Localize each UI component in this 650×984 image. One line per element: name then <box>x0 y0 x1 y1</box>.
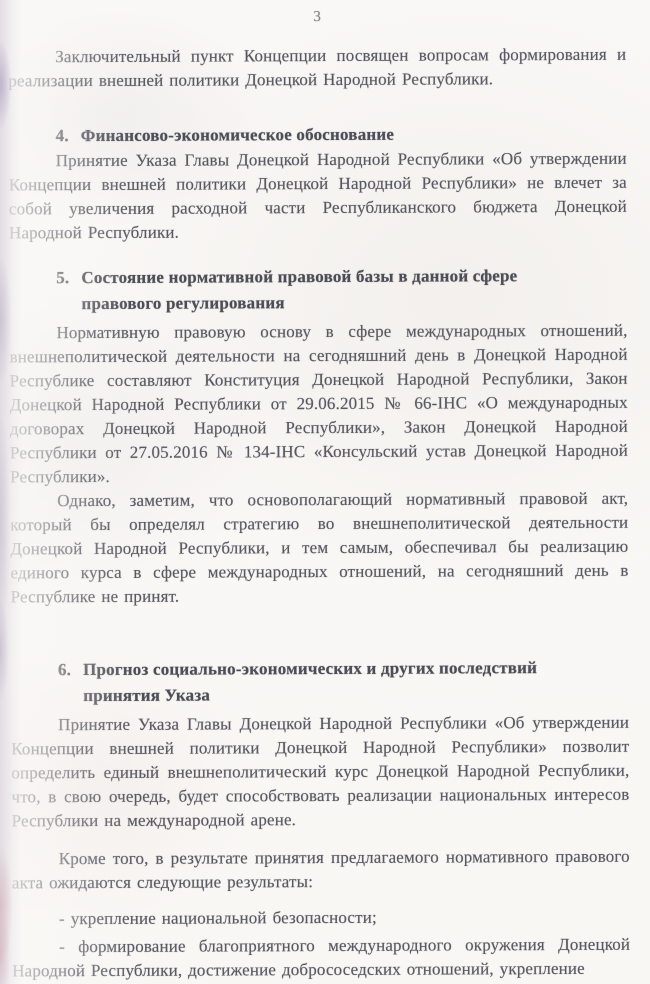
section-5-paragraph-1: Нормативную правовую основу в сфере межд… <box>9 319 628 490</box>
section-number: 4. <box>56 123 69 149</box>
scanned-document-page: 3 Заключительный пункт Концепции посвяще… <box>0 0 650 984</box>
list-item: - формирование благоприятного международ… <box>12 933 630 984</box>
list-item: - укрепление национальной безопасности; <box>12 905 630 932</box>
section-heading-4: 4. Финансово-экономическое обоснование <box>56 121 627 149</box>
page-content: 3 Заключительный пункт Концепции посвяще… <box>0 0 650 984</box>
page-number: 3 <box>8 7 626 28</box>
section-6-paragraph-1: Принятие Указа Главы Донецкой Народной Р… <box>11 711 630 834</box>
section-title: Прогноз социально-экономических и других… <box>83 655 553 709</box>
section-heading-5: 5. Состояние нормативной правовой базы в… <box>56 263 627 317</box>
section-6-paragraph-2: Кроме того, в результате принятия предла… <box>12 845 630 896</box>
section-heading-6: 6. Прогноз социально-экономических и дру… <box>58 655 629 709</box>
section-title: Состояние нормативной правовой базы в да… <box>81 263 551 317</box>
section-5-paragraph-2: Однако, заметим, что основополагающий но… <box>10 487 629 610</box>
section-4-paragraph: Принятие Указа Главы Донецкой Народной Р… <box>9 147 627 246</box>
section-number: 6. <box>58 657 71 709</box>
section-number: 5. <box>56 265 69 317</box>
section-title: Финансово-экономическое обоснование <box>81 122 394 149</box>
intro-paragraph: Заключительный пункт Концепции посвящен … <box>8 43 626 94</box>
